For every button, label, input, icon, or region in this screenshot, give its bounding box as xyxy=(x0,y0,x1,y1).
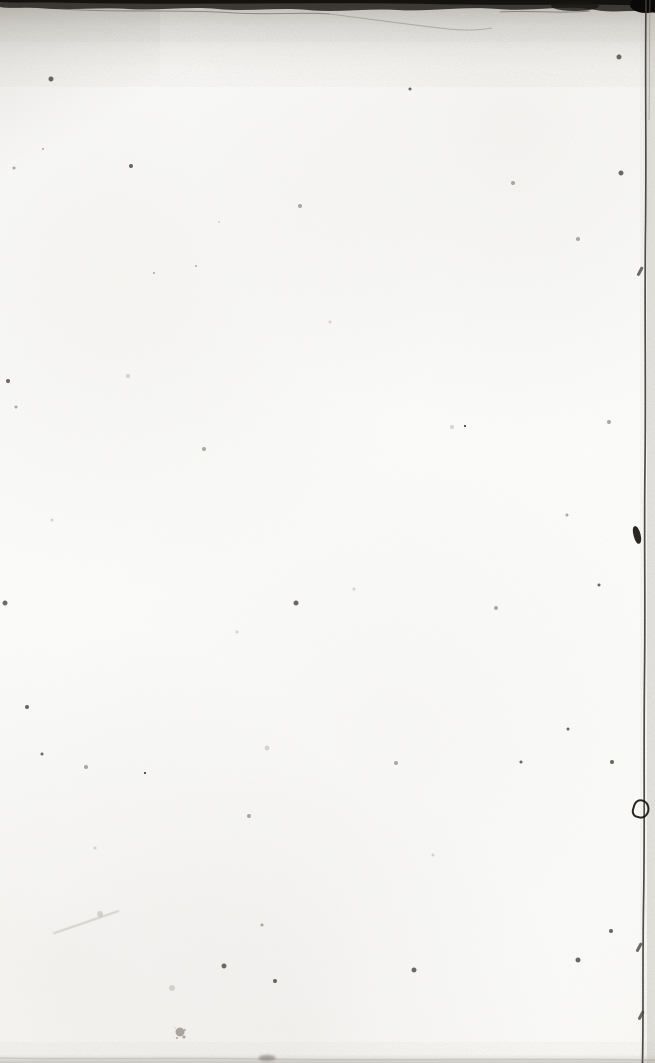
page-mark-dot xyxy=(598,584,601,587)
page-mark-dot xyxy=(464,425,466,427)
page-mark-dot xyxy=(218,221,220,223)
page-mark-dot xyxy=(202,447,206,451)
page-mark-dot xyxy=(450,425,454,429)
page-mark-dot xyxy=(49,77,54,82)
page-mark-dot xyxy=(144,772,146,774)
page-mark-dot xyxy=(273,979,277,983)
page-mark-dot xyxy=(126,374,130,378)
page-mark-dot xyxy=(394,761,398,765)
page-mark-dot xyxy=(353,588,356,591)
page-mark-dot xyxy=(3,601,8,606)
page-mark-dot xyxy=(566,514,569,517)
page-mark-dot xyxy=(25,705,29,709)
page-mark-dot xyxy=(261,924,264,927)
page-mark-dot xyxy=(169,985,175,991)
page-mark-dot xyxy=(247,814,251,818)
page-mark-dot xyxy=(409,88,412,91)
page-mark-dot xyxy=(15,406,18,409)
page-mark-dot xyxy=(576,237,580,241)
page-mark-dot xyxy=(42,148,44,150)
page-mark-dot xyxy=(610,760,614,764)
page-mark-dot xyxy=(222,964,227,969)
page-mark-loop xyxy=(630,798,652,821)
page-mark-dot xyxy=(6,379,10,383)
page-mark-dot xyxy=(294,601,299,606)
page-mark-smudge xyxy=(259,1055,276,1061)
page-mark-dot xyxy=(41,753,44,756)
page-mark-dot xyxy=(494,606,498,610)
page-mark-streak xyxy=(53,910,120,934)
page-mark-tick xyxy=(636,942,643,952)
page-mark-dot xyxy=(84,765,88,769)
page-mark-dot xyxy=(94,847,97,850)
page-mark-dot xyxy=(619,171,624,176)
page-mark-splatter xyxy=(176,1028,185,1037)
page-mark-dot xyxy=(329,321,332,324)
page-mark-dot xyxy=(609,929,613,933)
page-mark-dot xyxy=(298,204,302,208)
page-mark-dot xyxy=(607,420,611,424)
page-mark-dot xyxy=(617,55,622,60)
page-mark-dot xyxy=(576,958,581,963)
page-mark-dot xyxy=(13,167,16,170)
page-mark-dot xyxy=(51,519,54,522)
page-mark-dot xyxy=(567,728,570,731)
page-mark-dot xyxy=(265,746,270,751)
page-mark-tick xyxy=(637,266,644,276)
page-mark-dot xyxy=(195,265,197,267)
page-mark-dot xyxy=(412,968,417,973)
speckle-layer xyxy=(0,0,655,1063)
page-mark-dot xyxy=(153,272,155,274)
page-mark-dot xyxy=(511,181,515,185)
page-mark-dot xyxy=(520,761,523,764)
scanned-book-page xyxy=(0,0,655,1063)
page-mark-dot xyxy=(432,854,435,857)
page-mark-blob xyxy=(632,525,643,544)
page-mark-dot xyxy=(129,164,133,168)
page-mark-dot xyxy=(236,631,239,634)
page-mark-tick xyxy=(638,1010,645,1020)
